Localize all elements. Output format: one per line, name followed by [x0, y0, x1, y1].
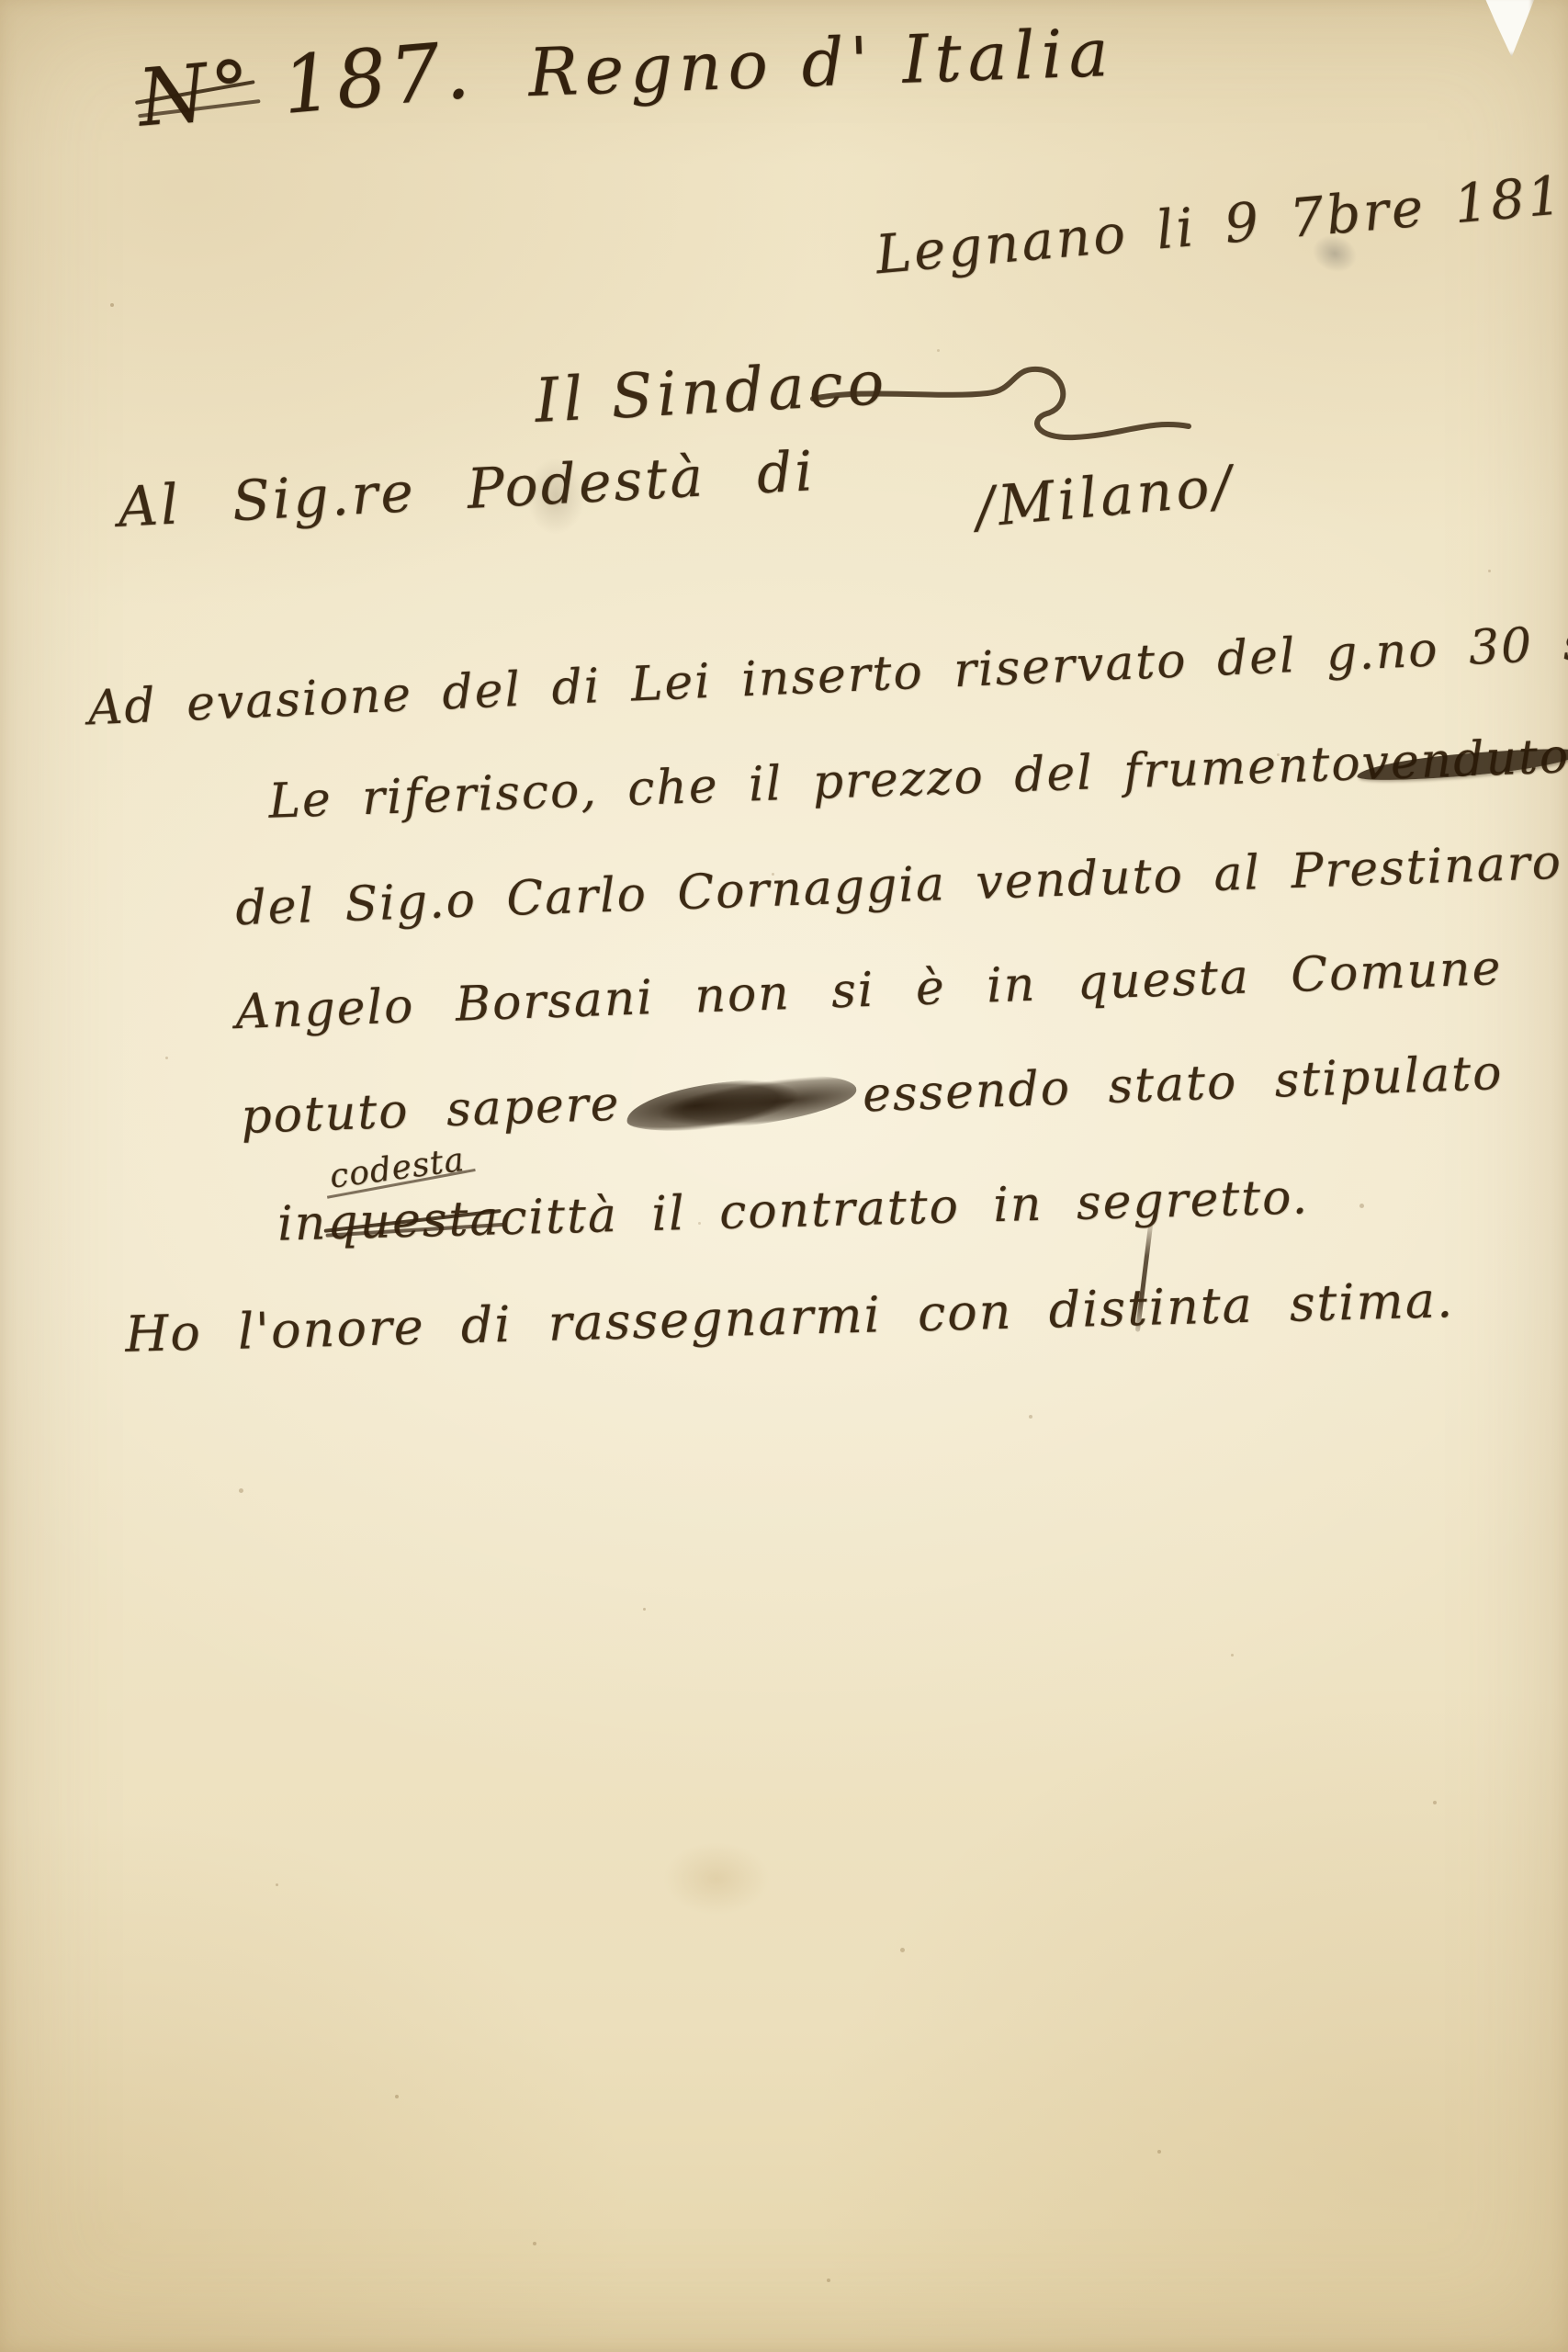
- body-line-6: in questacodesta città il contratto in s…: [276, 1170, 1309, 1251]
- realm-title: Regno d' Italia: [527, 14, 1116, 111]
- paper-speck: [937, 349, 940, 352]
- sender-title: Il Sindaco: [533, 347, 890, 436]
- body-line-1: Ad evasione del di Lei inserto riservato…: [87, 609, 1568, 737]
- paper-tear-notch: [1475, 0, 1534, 57]
- paper-stain: [643, 1828, 790, 1929]
- paper-speck: [827, 2278, 830, 2282]
- body-line-6-pre: in: [276, 1195, 328, 1251]
- registry-number-sign: N°: [134, 43, 257, 145]
- body-line-2: Le riferisco, che il prezzo del frumento…: [267, 729, 1568, 829]
- paper-speck: [900, 1948, 905, 1952]
- recipient-place: /Milano/: [973, 454, 1237, 540]
- inserted-word-codesta: codesta: [328, 1141, 468, 1196]
- manuscript-page: N° 187. Regno d' Italia Legnano li 9 7br…: [0, 0, 1568, 2352]
- paper-speck: [1231, 1654, 1234, 1657]
- paper-speck: [165, 1057, 168, 1059]
- body-line-5: potuto sapereessendo stato stipulato: [240, 1046, 1504, 1145]
- paper-speck: [1157, 2150, 1161, 2154]
- struck-word-venduto: venduto: [1361, 729, 1568, 791]
- body-line-3: del Sig.o Carlo Cornaggia venduto al Pre…: [234, 835, 1562, 936]
- paper-speck: [110, 303, 114, 307]
- body-line-5-pre: potuto sapere: [240, 1077, 621, 1145]
- paper-speck: [239, 1488, 243, 1493]
- paper-speck: [276, 1883, 278, 1886]
- body-line-6-post: città il contratto in segretto.: [500, 1170, 1310, 1246]
- paper-speck: [643, 1608, 646, 1611]
- paper-speck: [395, 2095, 399, 2098]
- paper-speck: [1488, 570, 1491, 572]
- paper-speck: [1359, 1204, 1364, 1208]
- recipient-line: Al Sig.re Podestà di: [117, 439, 818, 540]
- dateline: Legnano li 9 7bre 1811-: [874, 159, 1568, 287]
- body-line-4: Angelo Borsani non si è in questa Comune: [234, 941, 1503, 1040]
- struck-word-questa: questacodesta: [327, 1191, 502, 1250]
- registry-number-value: 187.: [278, 24, 476, 132]
- paper-speck: [1029, 1415, 1032, 1419]
- paper-speck: [533, 2242, 536, 2245]
- body-line-2-text: Le riferisco, che il prezzo del frumento: [267, 736, 1362, 830]
- closing-line: Ho l'onore di rassegnarmi con distinta s…: [124, 1271, 1454, 1363]
- paper-speck: [1433, 1801, 1437, 1804]
- ink-blot-scribble: [624, 1069, 859, 1138]
- registry-number: N° 187.: [134, 24, 476, 144]
- body-line-5-post: essendo stato stipulato: [862, 1046, 1504, 1123]
